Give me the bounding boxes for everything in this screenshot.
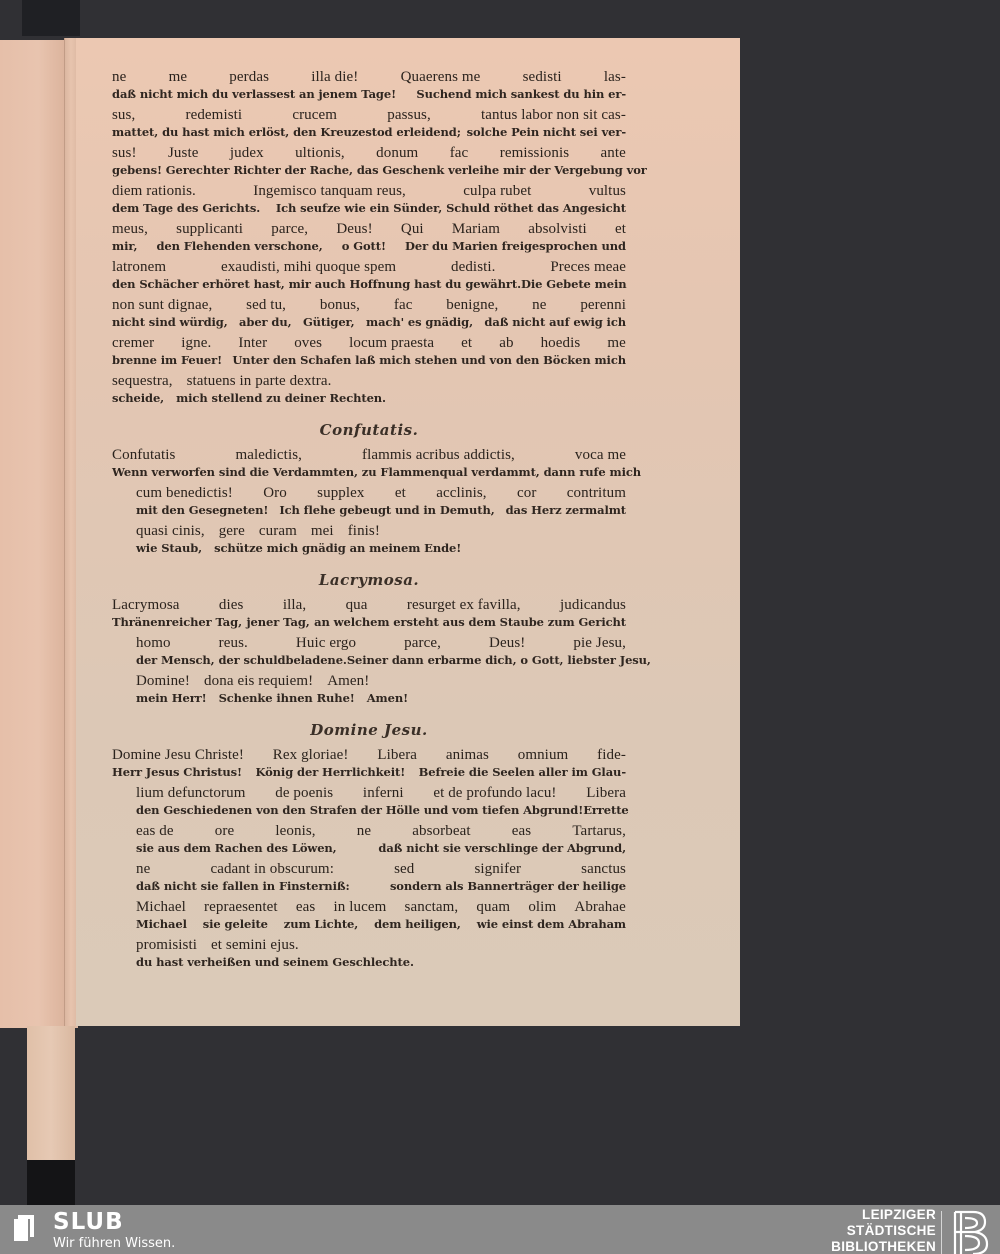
word-group: ne: [112, 68, 126, 86]
word-group: quasi cinis,: [136, 522, 205, 540]
word-group: dem Tage des Gerichts.: [112, 200, 260, 217]
word-group: remissionis: [500, 144, 569, 162]
word-group: mattet, du hast mich erlöst, den Kreuzes…: [112, 124, 461, 141]
word-group: mir,: [112, 238, 137, 255]
word-group: igne.: [181, 334, 211, 352]
word-group: olim: [528, 898, 556, 916]
word-group: cum benedictis!: [136, 484, 233, 502]
word-group: repraesentet: [204, 898, 278, 916]
word-group: Mariam: [452, 220, 500, 238]
word-group: reus.: [219, 634, 248, 652]
scan-shadow: [22, 0, 80, 36]
word-group: Domine Jesu Christe!: [112, 746, 244, 764]
word-group: du hast verheißen und seinem Geschlechte…: [136, 954, 414, 971]
page-text: nemeperdasilla die!Quaerens mesedistilas…: [112, 68, 626, 974]
word-group: cadant in obscurum:: [210, 860, 334, 878]
word-group: Seiner dann erbarme dich, o Gott, liebst…: [347, 652, 651, 669]
word-group: Libera: [377, 746, 417, 764]
word-group: voca me: [575, 446, 626, 464]
word-group: mich stellend zu deiner Rechten.: [176, 390, 386, 407]
german-line: der Mensch, der schuldbeladene.Seiner da…: [112, 652, 626, 669]
german-line: mein Herr!Schenke ihnen Ruhe!Amen!: [112, 690, 626, 707]
german-line: Thränenreicher Tag,jener Tag,an welchem …: [112, 614, 626, 631]
word-group: benigne,: [446, 296, 498, 314]
word-group: gere: [219, 522, 245, 540]
word-group: daß nicht auf ewig ich: [484, 314, 626, 331]
lsb-line-2: STÄDTISCHE: [831, 1223, 936, 1239]
word-group: gebens! Gerechter Richter der Rache, das…: [112, 162, 647, 179]
word-group: Thränenreicher Tag,: [112, 614, 242, 631]
binding-strip: [27, 1026, 75, 1160]
lsb-logo-text[interactable]: LEIPZIGER STÄDTISCHE BIBLIOTHEKEN: [831, 1207, 936, 1254]
word-group: wie einst dem Abraham: [477, 916, 626, 933]
word-group: ne: [136, 860, 150, 878]
word-group: leonis,: [275, 822, 315, 840]
word-group: parce,: [404, 634, 441, 652]
word-group: eas de: [136, 822, 174, 840]
word-group: illa,: [283, 596, 306, 614]
word-group: sus!: [112, 144, 137, 162]
word-group: zum Lichte,: [284, 916, 358, 933]
word-group: Michael: [136, 916, 187, 933]
word-group: perenni: [580, 296, 626, 314]
word-group: dies: [219, 596, 244, 614]
german-line: den Schächer erhöret hast, mir auch Hoff…: [112, 276, 626, 293]
word-group: curam: [259, 522, 297, 540]
word-group: crucem: [292, 106, 337, 124]
word-group: finis!: [348, 522, 380, 540]
word-group: fide-: [597, 746, 626, 764]
word-group: homo: [136, 634, 171, 652]
word-group: sanctus: [581, 860, 626, 878]
latin-line: sequestra,statuens in parte dextra.: [112, 372, 626, 390]
word-group: flammis acribus addictis,: [362, 446, 515, 464]
word-group: Deus!: [336, 220, 372, 238]
word-group: Libera: [586, 784, 626, 802]
latin-line: necadant in obscurum:sedsignifersanctus: [112, 860, 626, 878]
word-group: fac: [450, 144, 469, 162]
word-group: signifer: [474, 860, 521, 878]
word-group: eas: [512, 822, 531, 840]
word-group: Huic ergo: [296, 634, 356, 652]
word-group: der Mensch, der schuldbeladene.: [136, 652, 347, 669]
word-group: lium defunctorum: [136, 784, 246, 802]
word-group: sus,: [112, 106, 135, 124]
word-group: animas: [446, 746, 489, 764]
word-group: sedisti: [523, 68, 562, 86]
word-group: ne: [357, 822, 371, 840]
slub-logo-icon[interactable]: [12, 1213, 42, 1243]
section-title: Domine Jesu.: [112, 720, 626, 740]
word-group: ultionis,: [295, 144, 345, 162]
line-gap: [112, 407, 626, 410]
word-group: mit den Gesegneten!: [136, 502, 268, 519]
binding-shadow: [27, 1160, 75, 1205]
word-group: Tartarus,: [572, 822, 626, 840]
word-group: sie aus dem Rachen des Löwen,: [136, 840, 337, 857]
word-group: et: [615, 220, 626, 238]
word-group: den Flehenden verschone,: [156, 238, 322, 255]
word-group: cremer: [112, 334, 154, 352]
latin-line: homoreus.Huic ergoparce,Deus!pie Jesu,: [112, 634, 626, 652]
german-line: mir,den Flehenden verschone,o Gott!Der d…: [112, 238, 626, 255]
word-group: ore: [215, 822, 234, 840]
german-line: daß nicht sie fallen in Finsterniß:sonde…: [112, 878, 626, 895]
german-line: daß nicht mich du verlassest an jenem Ta…: [112, 86, 626, 103]
scanned-page: nemeperdasilla die!Quaerens mesedistilas…: [76, 38, 740, 1026]
latin-line: non sunt dignae,sed tu,bonus,facbenigne,…: [112, 296, 626, 314]
word-group: oves: [294, 334, 322, 352]
word-group: cor: [517, 484, 536, 502]
document-viewer: nemeperdasilla die!Quaerens mesedistilas…: [0, 0, 1000, 1205]
word-group: pie Jesu,: [573, 634, 626, 652]
german-line: nicht sind würdig,aber du,Gütiger,mach' …: [112, 314, 626, 331]
word-group: exaudisti, mihi quoque spem: [221, 258, 396, 276]
word-group: latronem: [112, 258, 166, 276]
word-group: contritum: [567, 484, 626, 502]
word-group: sanctam,: [405, 898, 459, 916]
word-group: redemisti: [185, 106, 242, 124]
word-group: Quaerens me: [401, 68, 481, 86]
word-group: mein Herr!: [136, 690, 207, 707]
word-group: Amen!: [327, 672, 369, 690]
word-group: daß nicht mich du verlassest an jenem Ta…: [112, 86, 396, 103]
word-group: sed: [394, 860, 414, 878]
word-group: dedisti.: [451, 258, 496, 276]
word-group: brenne im Feuer!: [112, 352, 222, 369]
word-group: qua: [346, 596, 368, 614]
german-line: sie aus dem Rachen des Löwen,daß nicht s…: [112, 840, 626, 857]
word-group: daß nicht sie verschlinge der Abgrund,: [378, 840, 626, 857]
word-group: hoedis: [541, 334, 581, 352]
latin-line: lium defunctorumde poenisinferniet de pr…: [112, 784, 626, 802]
word-group: an welchem ersteht aus dem Staube zum Ge…: [314, 614, 626, 631]
latin-line: sus!Justejudexultionis,donumfacremission…: [112, 144, 626, 162]
word-group: Schenke ihnen Ruhe!: [219, 690, 355, 707]
word-group: Rex gloriae!: [273, 746, 349, 764]
word-group: Michael: [136, 898, 186, 916]
footer-bar: SLUB Wir führen Wissen. LEIPZIGER STÄDTI…: [0, 1205, 1000, 1254]
word-group: bonus,: [320, 296, 360, 314]
latin-line: cum benedictis!Orosupplexetacclinis,corc…: [112, 484, 626, 502]
word-group: ne: [532, 296, 546, 314]
word-group: König der Herrlichkeit!: [255, 764, 405, 781]
line-gap: [112, 971, 626, 974]
word-group: schütze mich gnädig an meinem Ende!: [214, 540, 461, 557]
word-group: dona eis requiem!: [204, 672, 313, 690]
german-line: mit den Gesegneten!Ich flehe gebeugt und…: [112, 502, 626, 519]
german-line: mattet, du hast mich erlöst, den Kreuzes…: [112, 124, 626, 141]
word-group: Inter: [238, 334, 267, 352]
word-group: et de profundo lacu!: [433, 784, 556, 802]
word-group: tantus labor non sit cas-: [481, 106, 626, 124]
word-group: judicandus: [560, 596, 626, 614]
german-line: scheide,mich stellend zu deiner Rechten.: [112, 390, 626, 407]
word-group: Ich flehe gebeugt und in Demuth,: [279, 502, 494, 519]
word-group: meus,: [112, 220, 148, 238]
word-group: judex: [230, 144, 264, 162]
word-group: Die Gebete mein: [521, 276, 627, 293]
section-title: Lacrymosa.: [112, 570, 626, 590]
word-group: sondern als Bannerträger der heilige: [390, 878, 626, 895]
word-group: solche Pein nicht sei ver-: [467, 124, 626, 141]
word-group: absorbeat: [412, 822, 470, 840]
word-group: wie Staub,: [136, 540, 202, 557]
word-group: Ich seufze wie ein Sünder, Schuld röthet…: [276, 200, 626, 217]
word-group: vultus: [589, 182, 626, 200]
word-group: Preces meae: [550, 258, 626, 276]
word-group: perdas: [229, 68, 269, 86]
word-group: Confutatis: [112, 446, 176, 464]
german-line: dem Tage des Gerichts.Ich seufze wie ein…: [112, 200, 626, 217]
word-group: fac: [394, 296, 413, 314]
latin-line: nemeperdasilla die!Quaerens mesedistilas…: [112, 68, 626, 86]
german-line: du hast verheißen und seinem Geschlechte…: [112, 954, 626, 971]
word-group: Errette: [583, 802, 628, 819]
latin-line: latronemexaudisti, mihi quoque spemdedis…: [112, 258, 626, 276]
word-group: den Geschiedenen von den Strafen der Höl…: [136, 802, 583, 819]
word-group: sed tu,: [246, 296, 286, 314]
word-group: scheide,: [112, 390, 164, 407]
word-group: das Herz zermalmt: [506, 502, 626, 519]
german-line: Wenn verworfen sind die Verdammten, zu F…: [112, 464, 626, 481]
lsb-book-logo-icon[interactable]: [951, 1210, 991, 1254]
word-group: acclinis,: [436, 484, 486, 502]
word-group: supplicanti: [176, 220, 243, 238]
german-line: Herr Jesus Christus!König der Herrlichke…: [112, 764, 626, 781]
word-group: Befreie die Seelen aller im Glau-: [419, 764, 626, 781]
word-group: Lacrymosa: [112, 596, 180, 614]
word-group: Gütiger,: [303, 314, 355, 331]
word-group: dem heiligen,: [374, 916, 461, 933]
word-group: et: [461, 334, 472, 352]
latin-line: diem rationis.Ingemisco tanquam reus,cul…: [112, 182, 626, 200]
word-group: me: [169, 68, 188, 86]
word-group: ab: [499, 334, 513, 352]
word-group: Unter den Schafen laß mich stehen und vo…: [232, 352, 626, 369]
section-title: Confutatis.: [112, 420, 626, 440]
word-group: promisisti: [136, 936, 197, 954]
word-group: quam: [476, 898, 510, 916]
german-line: wie Staub,schütze mich gnädig an meinem …: [112, 540, 626, 557]
latin-line: meus,supplicantiparce,Deus!QuiMariamabso…: [112, 220, 626, 238]
word-group: supplex: [317, 484, 364, 502]
word-group: ante: [601, 144, 626, 162]
word-group: Ingemisco tanquam reus,: [253, 182, 406, 200]
word-group: Suchend mich sankest du hin er-: [416, 86, 626, 103]
word-group: statuens in parte dextra.: [187, 372, 332, 390]
word-group: in lucem: [333, 898, 386, 916]
word-group: Abrahae: [574, 898, 626, 916]
word-group: Oro: [263, 484, 287, 502]
word-group: las-: [604, 68, 626, 86]
word-group: Juste: [168, 144, 199, 162]
word-group: Domine!: [136, 672, 190, 690]
lsb-line-3: BIBLIOTHEKEN: [831, 1239, 936, 1254]
word-group: et: [395, 484, 406, 502]
word-group: daß nicht sie fallen in Finsterniß:: [136, 878, 350, 895]
word-group: de poenis: [275, 784, 333, 802]
word-group: sie geleite: [203, 916, 268, 933]
word-group: maledictis,: [236, 446, 303, 464]
latin-line: sus,redemisticrucempassus,tantus labor n…: [112, 106, 626, 124]
german-line: Michaelsie geleitezum Lichte,dem heilige…: [112, 916, 626, 933]
previous-leaf-edge: [0, 40, 64, 1028]
word-group: o Gott!: [342, 238, 386, 255]
lsb-line-1: LEIPZIGER: [831, 1207, 936, 1223]
word-group: jener Tag,: [247, 614, 310, 631]
german-line: brenne im Feuer!Unter den Schafen laß mi…: [112, 352, 626, 369]
slub-name[interactable]: SLUB: [53, 1209, 124, 1235]
word-group: resurget ex favilla,: [407, 596, 521, 614]
word-group: omnium: [518, 746, 569, 764]
word-group: Qui: [401, 220, 424, 238]
footer-divider: [941, 1211, 942, 1254]
word-group: illa die!: [311, 68, 358, 86]
german-line: den Geschiedenen von den Strafen der Höl…: [112, 802, 626, 819]
line-gap: [112, 707, 626, 710]
word-group: Der du Marien freigesprochen und: [405, 238, 626, 255]
latin-line: eas deoreleonis,neabsorbeateasTartarus,: [112, 822, 626, 840]
latin-line: quasi cinis,gerecurammeifinis!: [112, 522, 626, 540]
word-group: mei: [311, 522, 334, 540]
line-gap: [112, 557, 626, 560]
latin-line: Domine Jesu Christe!Rex gloriae!Liberaan…: [112, 746, 626, 764]
word-group: culpa rubet: [463, 182, 531, 200]
word-group: Herr Jesus Christus!: [112, 764, 242, 781]
latin-line: cremerigne.Interoveslocum praestaetabhoe…: [112, 334, 626, 352]
word-group: inferni: [363, 784, 404, 802]
word-group: diem rationis.: [112, 182, 196, 200]
word-group: nicht sind würdig,: [112, 314, 228, 331]
word-group: aber du,: [239, 314, 291, 331]
word-group: et semini ejus.: [211, 936, 299, 954]
word-group: absolvisti: [528, 220, 587, 238]
slub-tagline: Wir führen Wissen.: [53, 1236, 175, 1251]
word-group: mach' es gnädig,: [366, 314, 473, 331]
word-group: den Schächer erhöret hast, mir auch Hoff…: [112, 276, 521, 293]
word-group: Deus!: [489, 634, 525, 652]
latin-line: Michaelrepraesenteteasin lucemsanctam,qu…: [112, 898, 626, 916]
word-group: passus,: [387, 106, 431, 124]
word-group: Amen!: [367, 690, 408, 707]
german-line: gebens! Gerechter Richter der Rache, das…: [112, 162, 626, 179]
latin-line: Domine!dona eis requiem!Amen!: [112, 672, 626, 690]
word-group: Wenn verworfen sind die Verdammten, zu F…: [112, 464, 641, 481]
word-group: eas: [296, 898, 315, 916]
word-group: sequestra,: [112, 372, 173, 390]
latin-line: Lacrymosadiesilla,quaresurget ex favilla…: [112, 596, 626, 614]
word-group: me: [607, 334, 626, 352]
latin-line: promisistiet semini ejus.: [112, 936, 626, 954]
word-group: non sunt dignae,: [112, 296, 212, 314]
latin-line: Confutatismaledictis,flammis acribus add…: [112, 446, 626, 464]
word-group: parce,: [271, 220, 308, 238]
word-group: donum: [376, 144, 418, 162]
word-group: locum praesta: [349, 334, 434, 352]
